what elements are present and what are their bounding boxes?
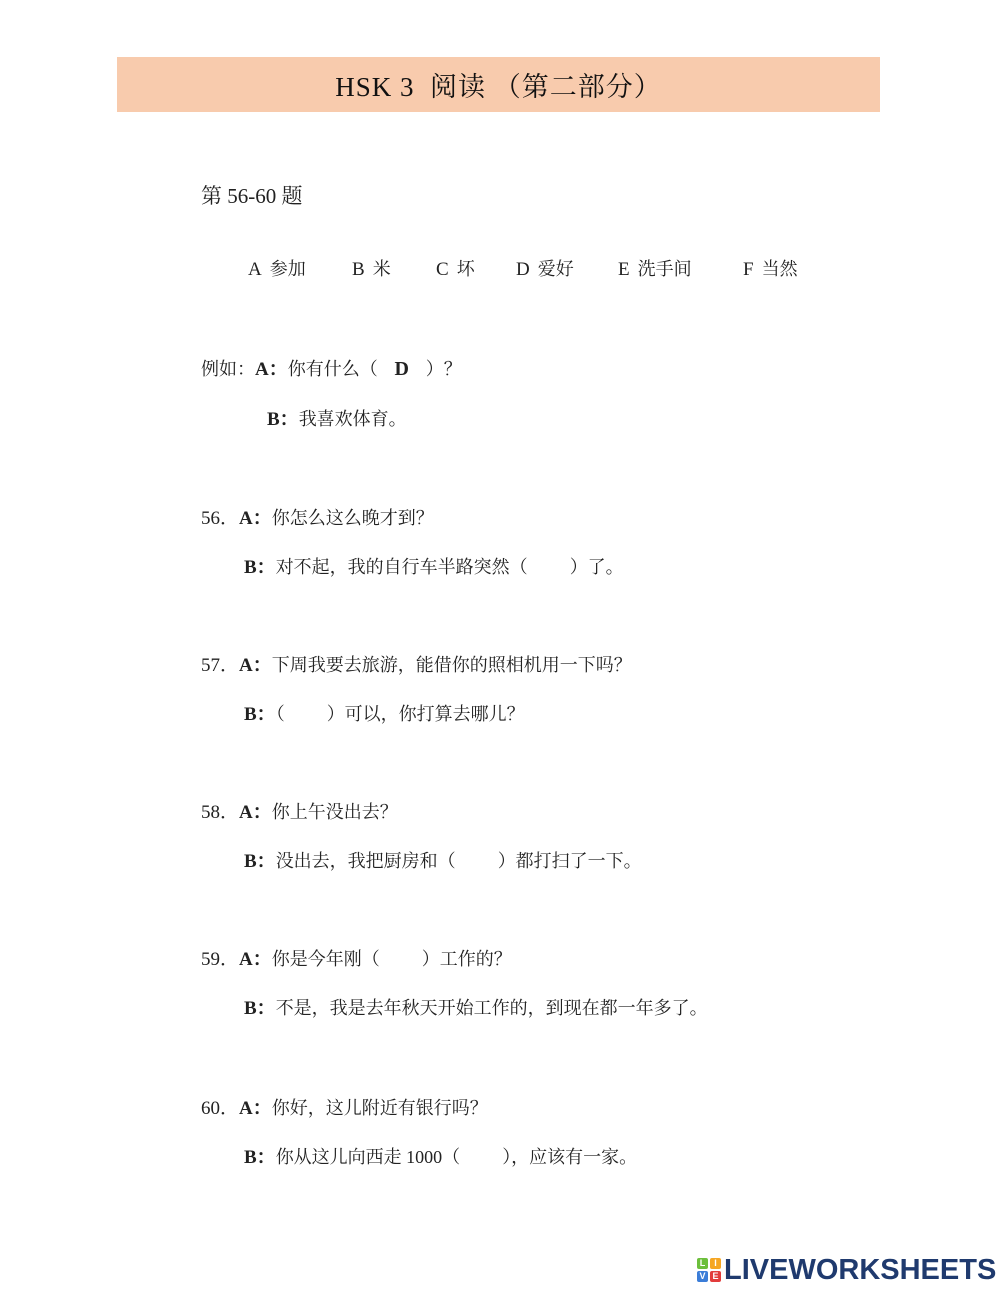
question-56-line-a: 56．A：你怎么这么晚才到？ (201, 503, 434, 530)
question-59-line-a: 59．A：你是今年刚（）工作的？ (201, 944, 512, 972)
question-60-line-a: 60．A：你好，这儿附近有银行吗？ (201, 1093, 488, 1120)
question-number: 57． (201, 655, 239, 676)
logo-text: LIVEWORKSHEETS (724, 1256, 996, 1284)
section-heading: 第 56-60 题 (201, 180, 303, 210)
question-text: 你怎么这么晚才到？ (272, 508, 434, 528)
speaker-label: B： (244, 704, 276, 725)
option-letter: E (618, 259, 630, 280)
answer-input-59[interactable] (380, 949, 422, 970)
question-text: 下周我要去旅游，能借你的照相机用一下吗？ (272, 655, 632, 675)
example-a-text: 你有什么（ (288, 359, 378, 379)
option-word: 参加 (270, 259, 306, 279)
logo-cell-i: I (710, 1258, 721, 1269)
option-a: A参加 (248, 255, 306, 281)
speaker-label: A： (239, 508, 272, 529)
example-line-a: 例如：A：你有什么（ D ）？ (201, 354, 462, 382)
speaker-label: A： (239, 802, 272, 823)
example-answer: D (387, 358, 417, 382)
question-text: 你是今年刚（ (272, 949, 380, 969)
answer-input-58[interactable] (456, 851, 498, 872)
option-letter: B (352, 259, 365, 280)
question-text: ）了。 (570, 557, 624, 577)
option-f: F当然 (743, 255, 798, 281)
option-e: E洗手间 (618, 255, 692, 281)
question-number: 56． (201, 508, 239, 529)
logo-cell-v: V (697, 1271, 708, 1282)
question-60-line-b: B：你从这儿向西走 1000（），应该有一家。 (244, 1142, 637, 1170)
speaker-label: B： (244, 851, 276, 872)
logo-cell-l: L (697, 1258, 708, 1269)
speaker-label: B： (244, 557, 276, 578)
option-b: B米 (352, 255, 391, 281)
speaker-label: B： (244, 998, 276, 1019)
example-label: 例如： (201, 359, 255, 379)
option-d: D爱好 (516, 255, 574, 281)
option-word: 当然 (762, 259, 798, 279)
answer-blank-58[interactable] (456, 850, 498, 874)
option-word: 洗手间 (638, 259, 692, 279)
question-57-line-a: 57．A：下周我要去旅游，能借你的照相机用一下吗？ (201, 650, 632, 677)
speaker-label: A： (239, 949, 272, 970)
speaker-label: A： (239, 655, 272, 676)
question-number: 60． (201, 1098, 239, 1119)
question-text: 没出去，我把厨房和（ (276, 851, 456, 871)
live-grid-icon: L I V E (697, 1258, 721, 1282)
liveworksheets-logo: L I V E LIVEWORKSHEETS (697, 1256, 996, 1284)
question-59-line-b: B：不是，我是去年秋天开始工作的，到现在都一年多了。 (244, 993, 708, 1020)
question-56-line-b: B：对不起，我的自行车半路突然（）了。 (244, 552, 624, 580)
question-text: 不是，我是去年秋天开始工作的，到现在都一年多了。 (276, 998, 708, 1018)
question-text: （ (276, 704, 285, 724)
question-number: 58． (201, 802, 239, 823)
option-letter: D (516, 259, 530, 280)
option-letter: F (743, 259, 754, 280)
option-letter: A (248, 259, 262, 280)
question-number: 59． (201, 949, 239, 970)
question-text: ）可以，你打算去哪儿？ (327, 704, 525, 724)
example-line-b: B：我喜欢体育。 (267, 404, 407, 431)
page-title: HSK 3 阅读 （第二部分） (335, 65, 662, 104)
option-word: 爱好 (538, 259, 574, 279)
question-text: 对不起，我的自行车半路突然（ (276, 557, 528, 577)
title-banner: HSK 3 阅读 （第二部分） (117, 57, 880, 112)
answer-blank-60[interactable] (460, 1146, 502, 1170)
question-57-line-b: B：（）可以，你打算去哪儿？ (244, 699, 525, 727)
question-text: ）都打扫了一下。 (498, 851, 642, 871)
example-a-text-end: ）？ (426, 359, 462, 379)
logo-cell-e: E (710, 1271, 721, 1282)
question-text: 你上午没出去？ (272, 802, 398, 822)
option-word: 坏 (457, 259, 475, 279)
answer-input-56[interactable] (528, 557, 570, 578)
option-word: 米 (373, 259, 391, 279)
speaker-label: A： (255, 359, 288, 380)
question-text: 你好，这儿附近有银行吗？ (272, 1098, 488, 1118)
speaker-label: B： (244, 1147, 276, 1168)
example-b-text: 我喜欢体育。 (299, 409, 407, 429)
answer-blank-57[interactable] (285, 703, 327, 727)
answer-input-60[interactable] (460, 1147, 502, 1168)
question-text: ）工作的？ (422, 949, 512, 969)
speaker-label: A： (239, 1098, 272, 1119)
answer-blank-59[interactable] (380, 948, 422, 972)
answer-input-57[interactable] (285, 704, 327, 725)
question-text: 你从这儿向西走 1000（ (276, 1147, 461, 1167)
word-bank: A参加 B米 C坏 D爱好 E洗手间 F当然 (0, 255, 1000, 283)
question-58-line-a: 58．A：你上午没出去？ (201, 797, 398, 824)
question-58-line-b: B：没出去，我把厨房和（）都打扫了一下。 (244, 846, 642, 874)
option-letter: C (436, 259, 449, 280)
question-text: ），应该有一家。 (502, 1147, 637, 1167)
option-c: C坏 (436, 255, 475, 281)
speaker-label: B： (267, 409, 299, 430)
answer-blank-56[interactable] (528, 556, 570, 580)
